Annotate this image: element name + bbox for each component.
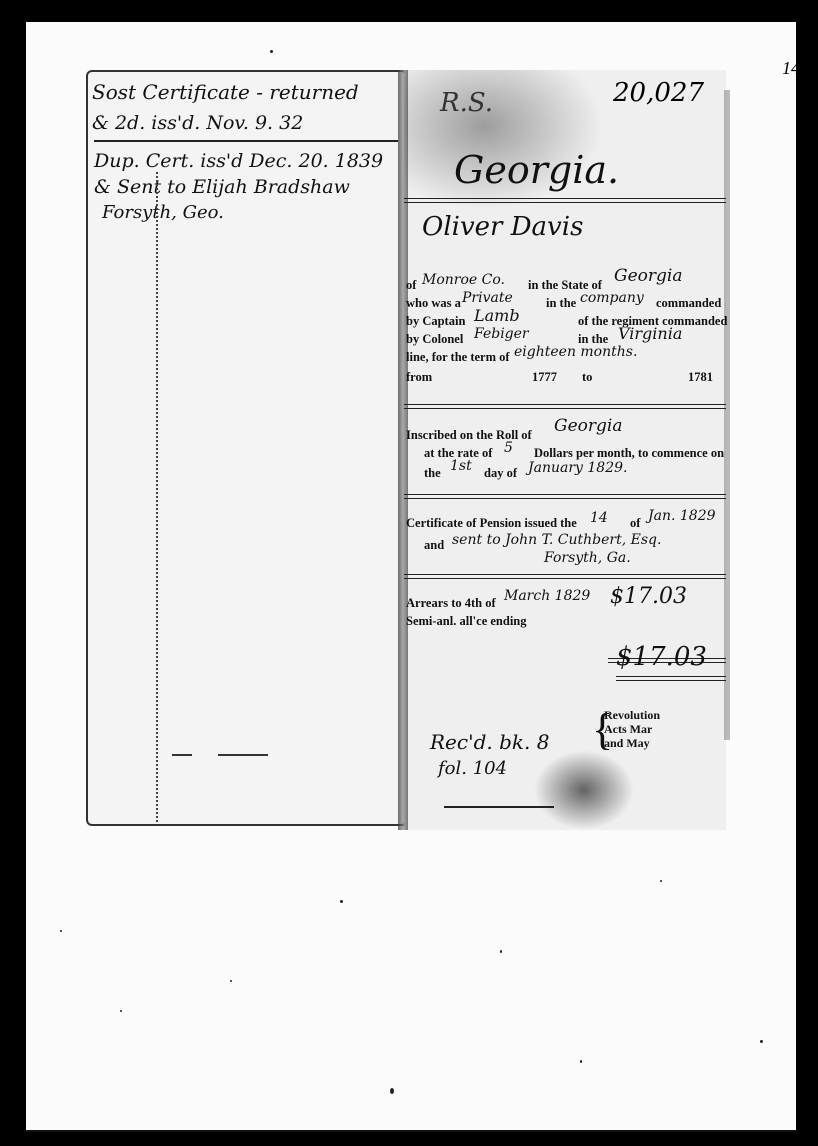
the-label: the: [424, 466, 441, 481]
section-rule: [404, 494, 726, 499]
form-right-edge: [724, 90, 730, 740]
scan-speck: [120, 1010, 122, 1012]
to-label: to: [582, 370, 592, 385]
roll-name: Georgia: [554, 416, 622, 436]
record-folio-note: fol. 104: [438, 758, 507, 779]
scan-speck: [230, 980, 232, 982]
acts-note-line: and May: [604, 736, 660, 750]
from-year: 1777: [532, 370, 557, 385]
semi-annual-label: Semi-anl. all'ce ending: [406, 614, 527, 629]
line-value: Virginia: [618, 324, 682, 343]
by-captain-label: by Captain: [406, 314, 465, 329]
issued-month: Jan. 1829: [648, 508, 716, 524]
to-year: 1781: [688, 370, 713, 385]
dollars-label: Dollars per month, to commence on: [534, 446, 724, 461]
scan-speck: [660, 880, 662, 882]
docket-note-line-4: & Sent to Elijah Bradshaw: [94, 176, 350, 198]
docket-note-line-2: & 2d. iss'd. Nov. 9. 32: [92, 112, 303, 134]
rank-value: Private: [462, 290, 513, 306]
commence-day: 1st: [450, 458, 472, 474]
of-label: of: [406, 278, 416, 293]
day-of-label: day of: [484, 466, 517, 481]
issued-day: 14: [590, 510, 608, 526]
scan-speck: [270, 50, 273, 53]
unit-value: company: [580, 290, 644, 306]
sent-place-value: Forsyth, Ga.: [544, 550, 631, 566]
from-label: from: [406, 370, 432, 385]
scan-speck: [340, 900, 343, 903]
form-left-edge: [398, 70, 408, 830]
arrears-date: March 1829: [504, 588, 590, 604]
line-term-label: line, for the term of: [406, 350, 510, 365]
total-amount: $17.03: [616, 642, 707, 672]
acts-note: Revolution Acts Mar and May: [604, 708, 660, 750]
certificate-issued-label: Certificate of Pension issued the: [406, 516, 577, 531]
form-initials: R.S.: [440, 88, 493, 118]
pensioner-name: Oliver Davis: [422, 212, 583, 242]
state-heading: Georgia.: [454, 148, 619, 192]
scan-speck: [500, 950, 502, 953]
arrears-amount: $17.03: [610, 584, 687, 609]
section-rule: [404, 198, 726, 203]
panel-crease: [156, 172, 159, 822]
ink-mark: [444, 806, 554, 808]
docket-note-line-5: Forsyth, Geo.: [102, 202, 224, 223]
state-value: Georgia: [614, 266, 682, 286]
acts-note-line: Acts Mar: [604, 722, 660, 736]
file-number: 20,027: [613, 78, 704, 108]
arrears-label: Arrears to 4th of: [406, 596, 496, 611]
acts-note-line: Revolution: [604, 708, 660, 722]
docket-note-line-3: Dup. Cert. iss'd Dec. 20. 1839: [94, 150, 383, 172]
ink-stain: [534, 750, 634, 830]
record-book-note: Rec'd. bk. 8: [430, 730, 549, 754]
of-label: of: [630, 516, 640, 531]
term-value: eighteen months.: [514, 344, 637, 360]
commence-month: January 1829.: [528, 460, 627, 476]
county-value: Monroe Co.: [422, 272, 505, 288]
who-was-a-label: who was a: [406, 296, 461, 311]
ink-mark: [218, 754, 268, 756]
ink-mark: [172, 754, 192, 756]
docket-divider: [94, 140, 398, 142]
rate-value: 5: [504, 440, 513, 456]
total-underline: [616, 676, 726, 681]
pension-form: R.S. 20,027 Georgia. Oliver Davis of Mon…: [404, 70, 726, 830]
scan-speck: [60, 930, 62, 932]
docket-panel: Sost Certificate - returned & 2d. iss'd.…: [86, 70, 406, 826]
docket-note-line-1: Sost Certificate - returned: [92, 80, 359, 104]
captain-value: Lamb: [474, 306, 520, 325]
scan-speck: [580, 1060, 582, 1063]
by-colonel-label: by Colonel: [406, 332, 463, 347]
page-corner-number: 14: [782, 58, 800, 79]
sent-to-value: sent to John T. Cuthbert, Esq.: [452, 532, 661, 548]
section-rule: [404, 404, 726, 409]
commanded-label: commanded: [656, 296, 721, 311]
and-label: and: [424, 538, 444, 553]
scan-speck: [390, 1088, 394, 1094]
colonel-value: Febiger: [474, 326, 529, 342]
in-the-label: in the: [546, 296, 576, 311]
section-rule: [404, 574, 726, 579]
scan-speck: [760, 1040, 763, 1043]
